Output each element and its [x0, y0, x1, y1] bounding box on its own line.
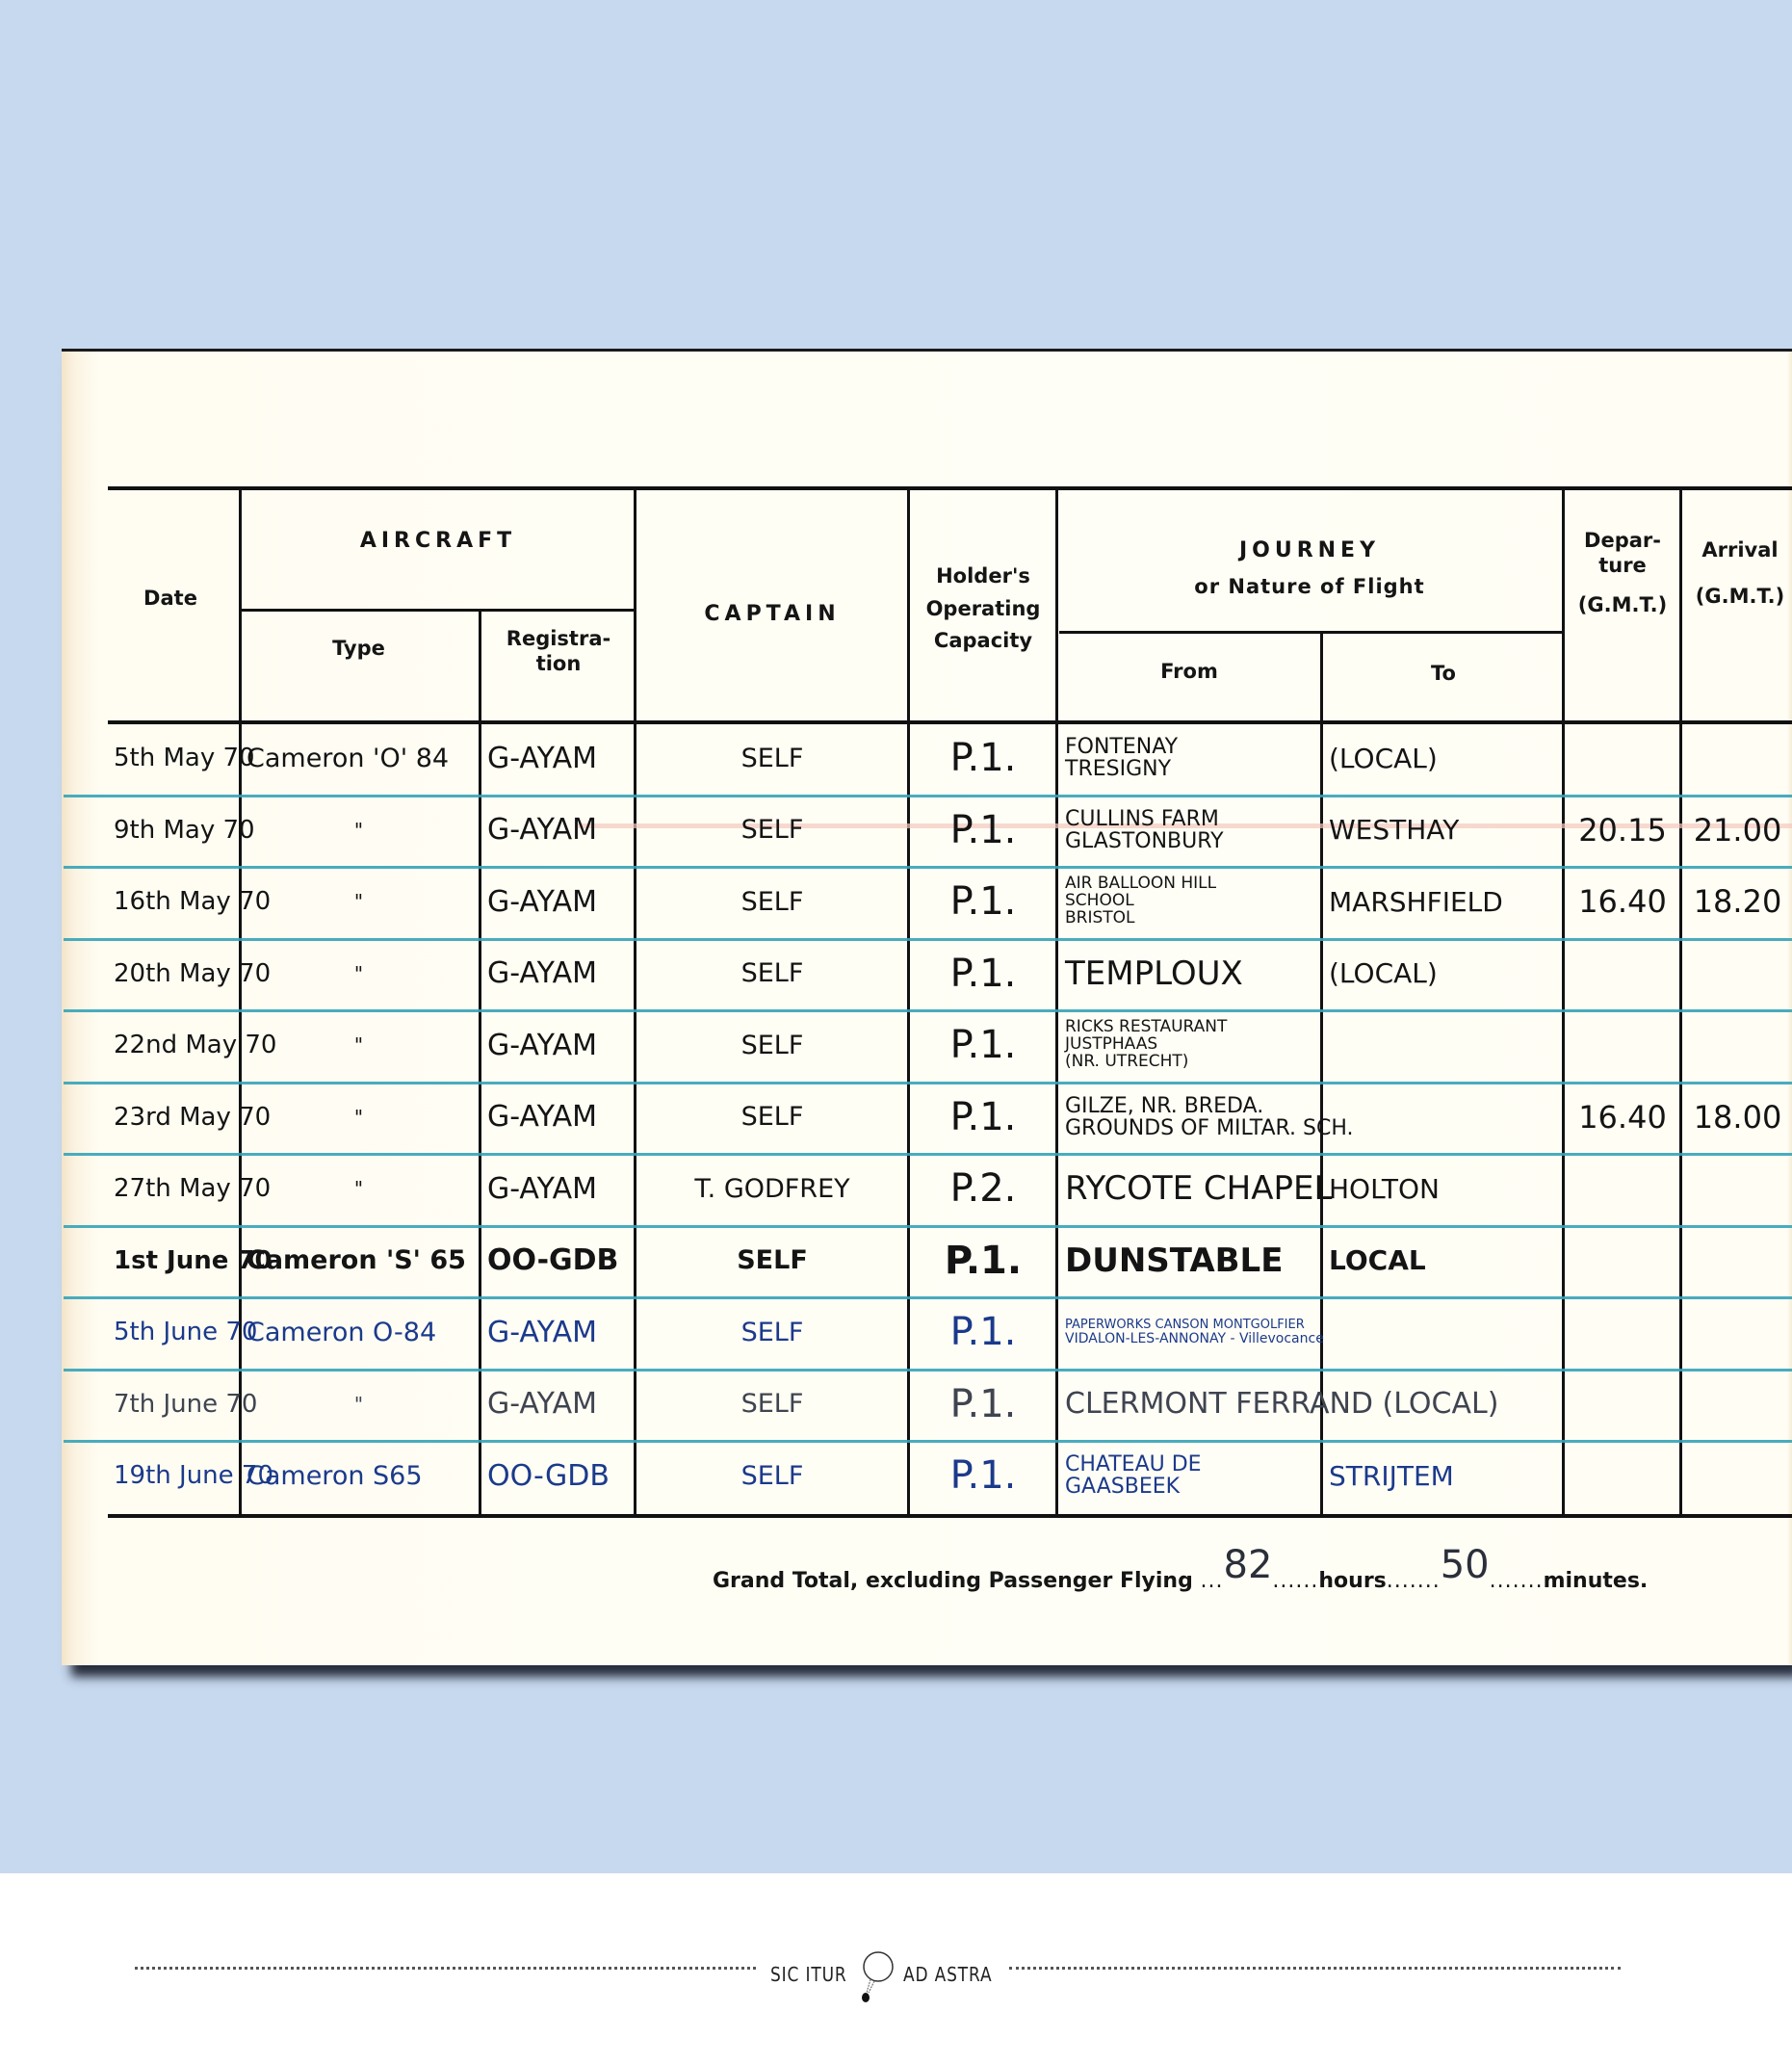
- cell-date: 1st June 70: [114, 1227, 233, 1295]
- cell-type: Cameron O-84: [247, 1298, 471, 1367]
- grand-total-label: Grand Total, excluding Passenger Flying: [713, 1569, 1193, 1593]
- cell-departure: [1571, 724, 1674, 793]
- cell-to: [1329, 1084, 1556, 1152]
- cell-type: ": [247, 1371, 471, 1439]
- cell-to: [1329, 1011, 1556, 1080]
- cell-arrival: [1689, 1298, 1786, 1367]
- cell-registration: G-AYAM: [487, 797, 628, 865]
- cell-date: 27th May 70: [114, 1155, 233, 1223]
- cell-captain: SELF: [643, 1084, 901, 1152]
- cell-capacity: P.1.: [917, 1084, 1050, 1152]
- cell-arrival: [1689, 1155, 1786, 1223]
- cell-departure: 16.40: [1571, 1084, 1674, 1152]
- cell-from-line: BRISTOL: [1065, 910, 1135, 927]
- cell-captain: SELF: [643, 1371, 901, 1439]
- header-arrival-line1: Arrival: [1683, 537, 1792, 562]
- column-rule-registration: [479, 609, 481, 1517]
- cell-departure: 16.40: [1571, 868, 1674, 936]
- cell-capacity: P.2.: [917, 1155, 1050, 1223]
- cell-registration: G-AYAM: [487, 724, 628, 793]
- cell-captain: SELF: [643, 1227, 901, 1295]
- cell-from-line: GILZE, NR. BREDA.: [1065, 1095, 1263, 1117]
- cell-registration: G-AYAM: [487, 940, 628, 1008]
- cell-captain: SELF: [643, 1442, 901, 1510]
- cell-capacity: P.1.: [917, 1298, 1050, 1367]
- cell-from: DUNSTABLE: [1065, 1227, 1313, 1295]
- cell-capacity: P.1.: [917, 724, 1050, 793]
- cell-from: CHATEAU DEGAASBEEK: [1065, 1442, 1313, 1510]
- column-rule: [1679, 486, 1682, 1517]
- cell-from: RICKS RESTAURANTJUSTPHAAS(NR. UTRECHT): [1065, 1011, 1313, 1080]
- grand-total-hours-label: hours: [1318, 1569, 1386, 1593]
- cell-capacity: P.1.: [917, 1011, 1050, 1080]
- footer-motto-right: AD ASTRA: [903, 1963, 992, 1986]
- cell-to: [1329, 1371, 1556, 1439]
- header-capacity-line1: Holder's: [911, 561, 1055, 593]
- cell-type: Cameron 'S' 65: [247, 1227, 471, 1295]
- cell-registration: G-AYAM: [487, 1084, 628, 1152]
- cell-type: ": [247, 1084, 471, 1152]
- cell-type: Cameron S65: [247, 1442, 471, 1510]
- cell-arrival: [1689, 724, 1786, 793]
- cell-arrival: [1689, 940, 1786, 1008]
- header-journey: JOURNEY: [1059, 537, 1560, 564]
- column-rule: [1055, 486, 1058, 1517]
- cell-date: 5th May 70: [114, 724, 233, 793]
- table-top-rule: [108, 486, 1792, 490]
- header-journey-sub: or Nature of Flight: [1059, 574, 1560, 599]
- grand-total-minutes-label: minutes.: [1544, 1569, 1649, 1593]
- cell-type: ": [247, 1011, 471, 1080]
- cell-to: (LOCAL): [1329, 940, 1556, 1008]
- cell-date: 22nd May 70: [114, 1011, 233, 1080]
- header-capacity-line2: Operating: [911, 593, 1055, 626]
- cell-from-line: VIDALON-LES-ANNONAY - Villevocance: [1065, 1332, 1324, 1346]
- header-registration: Registra- tion: [481, 626, 636, 677]
- cell-from: FONTENAYTRESIGNY: [1065, 724, 1313, 793]
- header-from: From: [1059, 659, 1319, 684]
- column-rule: [907, 486, 910, 1517]
- header-type: Type: [241, 636, 477, 661]
- cell-from-line: CHATEAU DE: [1065, 1453, 1202, 1476]
- cell-to: HOLTON: [1329, 1155, 1556, 1223]
- cell-from-line: GLASTONBURY: [1065, 830, 1224, 852]
- footer-dotted-rule-right: [1009, 1967, 1621, 1970]
- cell-date: 19th June 70: [114, 1442, 233, 1510]
- aircraft-sub-rule: [241, 609, 636, 612]
- cell-from: CULLINS FARMGLASTONBURY: [1065, 797, 1313, 865]
- cell-date: 9th May 70: [114, 797, 233, 865]
- cell-capacity: P.1.: [917, 797, 1050, 865]
- cell-type: ": [247, 797, 471, 865]
- cell-registration: OO-GDB: [487, 1442, 628, 1510]
- cell-registration: OO-GDB: [487, 1227, 628, 1295]
- cell-departure: [1571, 1442, 1674, 1510]
- cell-capacity: P.1.: [917, 1227, 1050, 1295]
- cell-from-line: TRESIGNY: [1065, 758, 1171, 780]
- cell-from: GILZE, NR. BREDA.GROUNDS OF MILTAR. SCH.: [1065, 1084, 1313, 1152]
- header-arrival: Arrival (G.M.T.): [1683, 537, 1792, 610]
- cell-to: STRIJTEM: [1329, 1442, 1556, 1510]
- cell-capacity: P.1.: [917, 868, 1050, 936]
- header-registration-line2: tion: [481, 651, 636, 676]
- cell-registration: G-AYAM: [487, 1155, 628, 1223]
- cell-from-line: PAPERWORKS CANSON MONTGOLFIER: [1065, 1319, 1305, 1332]
- cell-arrival: 18.20: [1689, 868, 1786, 936]
- header-capacity-line3: Capacity: [911, 625, 1055, 658]
- header-departure-gmt: (G.M.T.): [1566, 592, 1679, 617]
- cell-to: MARSHFIELD: [1329, 868, 1556, 936]
- balloon-icon: [855, 1951, 894, 2011]
- header-registration-line1: Registra-: [481, 626, 636, 651]
- grand-total-hours: 82: [1224, 1543, 1273, 1587]
- cell-captain: SELF: [643, 1298, 901, 1367]
- cell-date: 20th May 70: [114, 940, 233, 1008]
- cell-from-line: FONTENAY: [1065, 736, 1178, 758]
- cell-from-line: CULLINS FARM: [1065, 808, 1219, 830]
- cell-arrival: [1689, 1011, 1786, 1080]
- cell-registration: G-AYAM: [487, 1371, 628, 1439]
- cell-date: 16th May 70: [114, 868, 233, 936]
- cell-type: Cameron 'O' 84: [247, 724, 471, 793]
- cell-registration: G-AYAM: [487, 1298, 628, 1367]
- cell-type: ": [247, 868, 471, 936]
- cell-capacity: P.1.: [917, 1442, 1050, 1510]
- cell-from: AIR BALLOON HILLSCHOOLBRISTOL: [1065, 868, 1313, 936]
- cell-date: 23rd May 70: [114, 1084, 233, 1152]
- cell-departure: [1571, 1011, 1674, 1080]
- header-capacity: Holder's Operating Capacity: [911, 561, 1055, 658]
- grand-total-minutes: 50: [1441, 1543, 1490, 1587]
- header-captain: CAPTAIN: [637, 601, 907, 628]
- table-bottom-rule: [108, 1514, 1792, 1518]
- cell-captain: SELF: [643, 868, 901, 936]
- cell-to: [1329, 1298, 1556, 1367]
- header-departure-line2: ture: [1566, 553, 1679, 578]
- cell-captain: SELF: [643, 724, 901, 793]
- journey-sub-rule: [1059, 631, 1564, 634]
- cell-registration: G-AYAM: [487, 1011, 628, 1080]
- cell-type: ": [247, 1155, 471, 1223]
- cell-captain: T. GODFREY: [643, 1155, 901, 1223]
- cell-from-line: GAASBEEK: [1065, 1476, 1180, 1498]
- header-to: To: [1323, 661, 1564, 686]
- cell-from: TEMPLOUX: [1065, 940, 1313, 1008]
- cell-from-line: GROUNDS OF MILTAR. SCH.: [1065, 1117, 1354, 1139]
- header-date: Date: [108, 586, 233, 611]
- cell-departure: [1571, 1298, 1674, 1367]
- cell-captain: SELF: [643, 1011, 901, 1080]
- header-aircraft: AIRCRAFT: [241, 528, 636, 555]
- cell-type: ": [247, 940, 471, 1008]
- cell-to: WESTHAY: [1329, 797, 1556, 865]
- cell-arrival: [1689, 1442, 1786, 1510]
- cell-departure: [1571, 1155, 1674, 1223]
- cell-capacity: P.1.: [917, 1371, 1050, 1439]
- cell-arrival: [1689, 1371, 1786, 1439]
- grand-total: Grand Total, excluding Passenger Flying …: [713, 1553, 1648, 1597]
- cell-departure: [1571, 940, 1674, 1008]
- cell-arrival: 18.00: [1689, 1084, 1786, 1152]
- cell-from-line: (NR. UTRECHT): [1065, 1054, 1188, 1071]
- footer-dotted-rule-left: [135, 1967, 756, 1970]
- footer-motto-left: SIC ITUR: [770, 1963, 847, 1986]
- cell-date: 5th June 70: [114, 1298, 233, 1367]
- cell-from: RYCOTE CHAPEL: [1065, 1155, 1313, 1223]
- cell-captain: SELF: [643, 940, 901, 1008]
- header-departure: Depar- ture (G.M.T.): [1566, 528, 1679, 617]
- header-departure-line1: Depar-: [1566, 528, 1679, 553]
- footer: SIC ITUR AD ASTRA: [0, 1926, 1792, 2023]
- cell-departure: 20.15: [1571, 797, 1674, 865]
- header-arrival-gmt: (G.M.T.): [1683, 584, 1792, 609]
- cell-capacity: P.1.: [917, 940, 1050, 1008]
- cell-arrival: 21.00: [1689, 797, 1786, 865]
- cell-to: LOCAL: [1329, 1227, 1556, 1295]
- cell-to: (LOCAL): [1329, 724, 1556, 793]
- cell-departure: [1571, 1371, 1674, 1439]
- cell-registration: G-AYAM: [487, 868, 628, 936]
- cell-date: 7th June 70: [114, 1371, 233, 1439]
- cell-arrival: [1689, 1227, 1786, 1295]
- cell-captain: SELF: [643, 797, 901, 865]
- cell-departure: [1571, 1227, 1674, 1295]
